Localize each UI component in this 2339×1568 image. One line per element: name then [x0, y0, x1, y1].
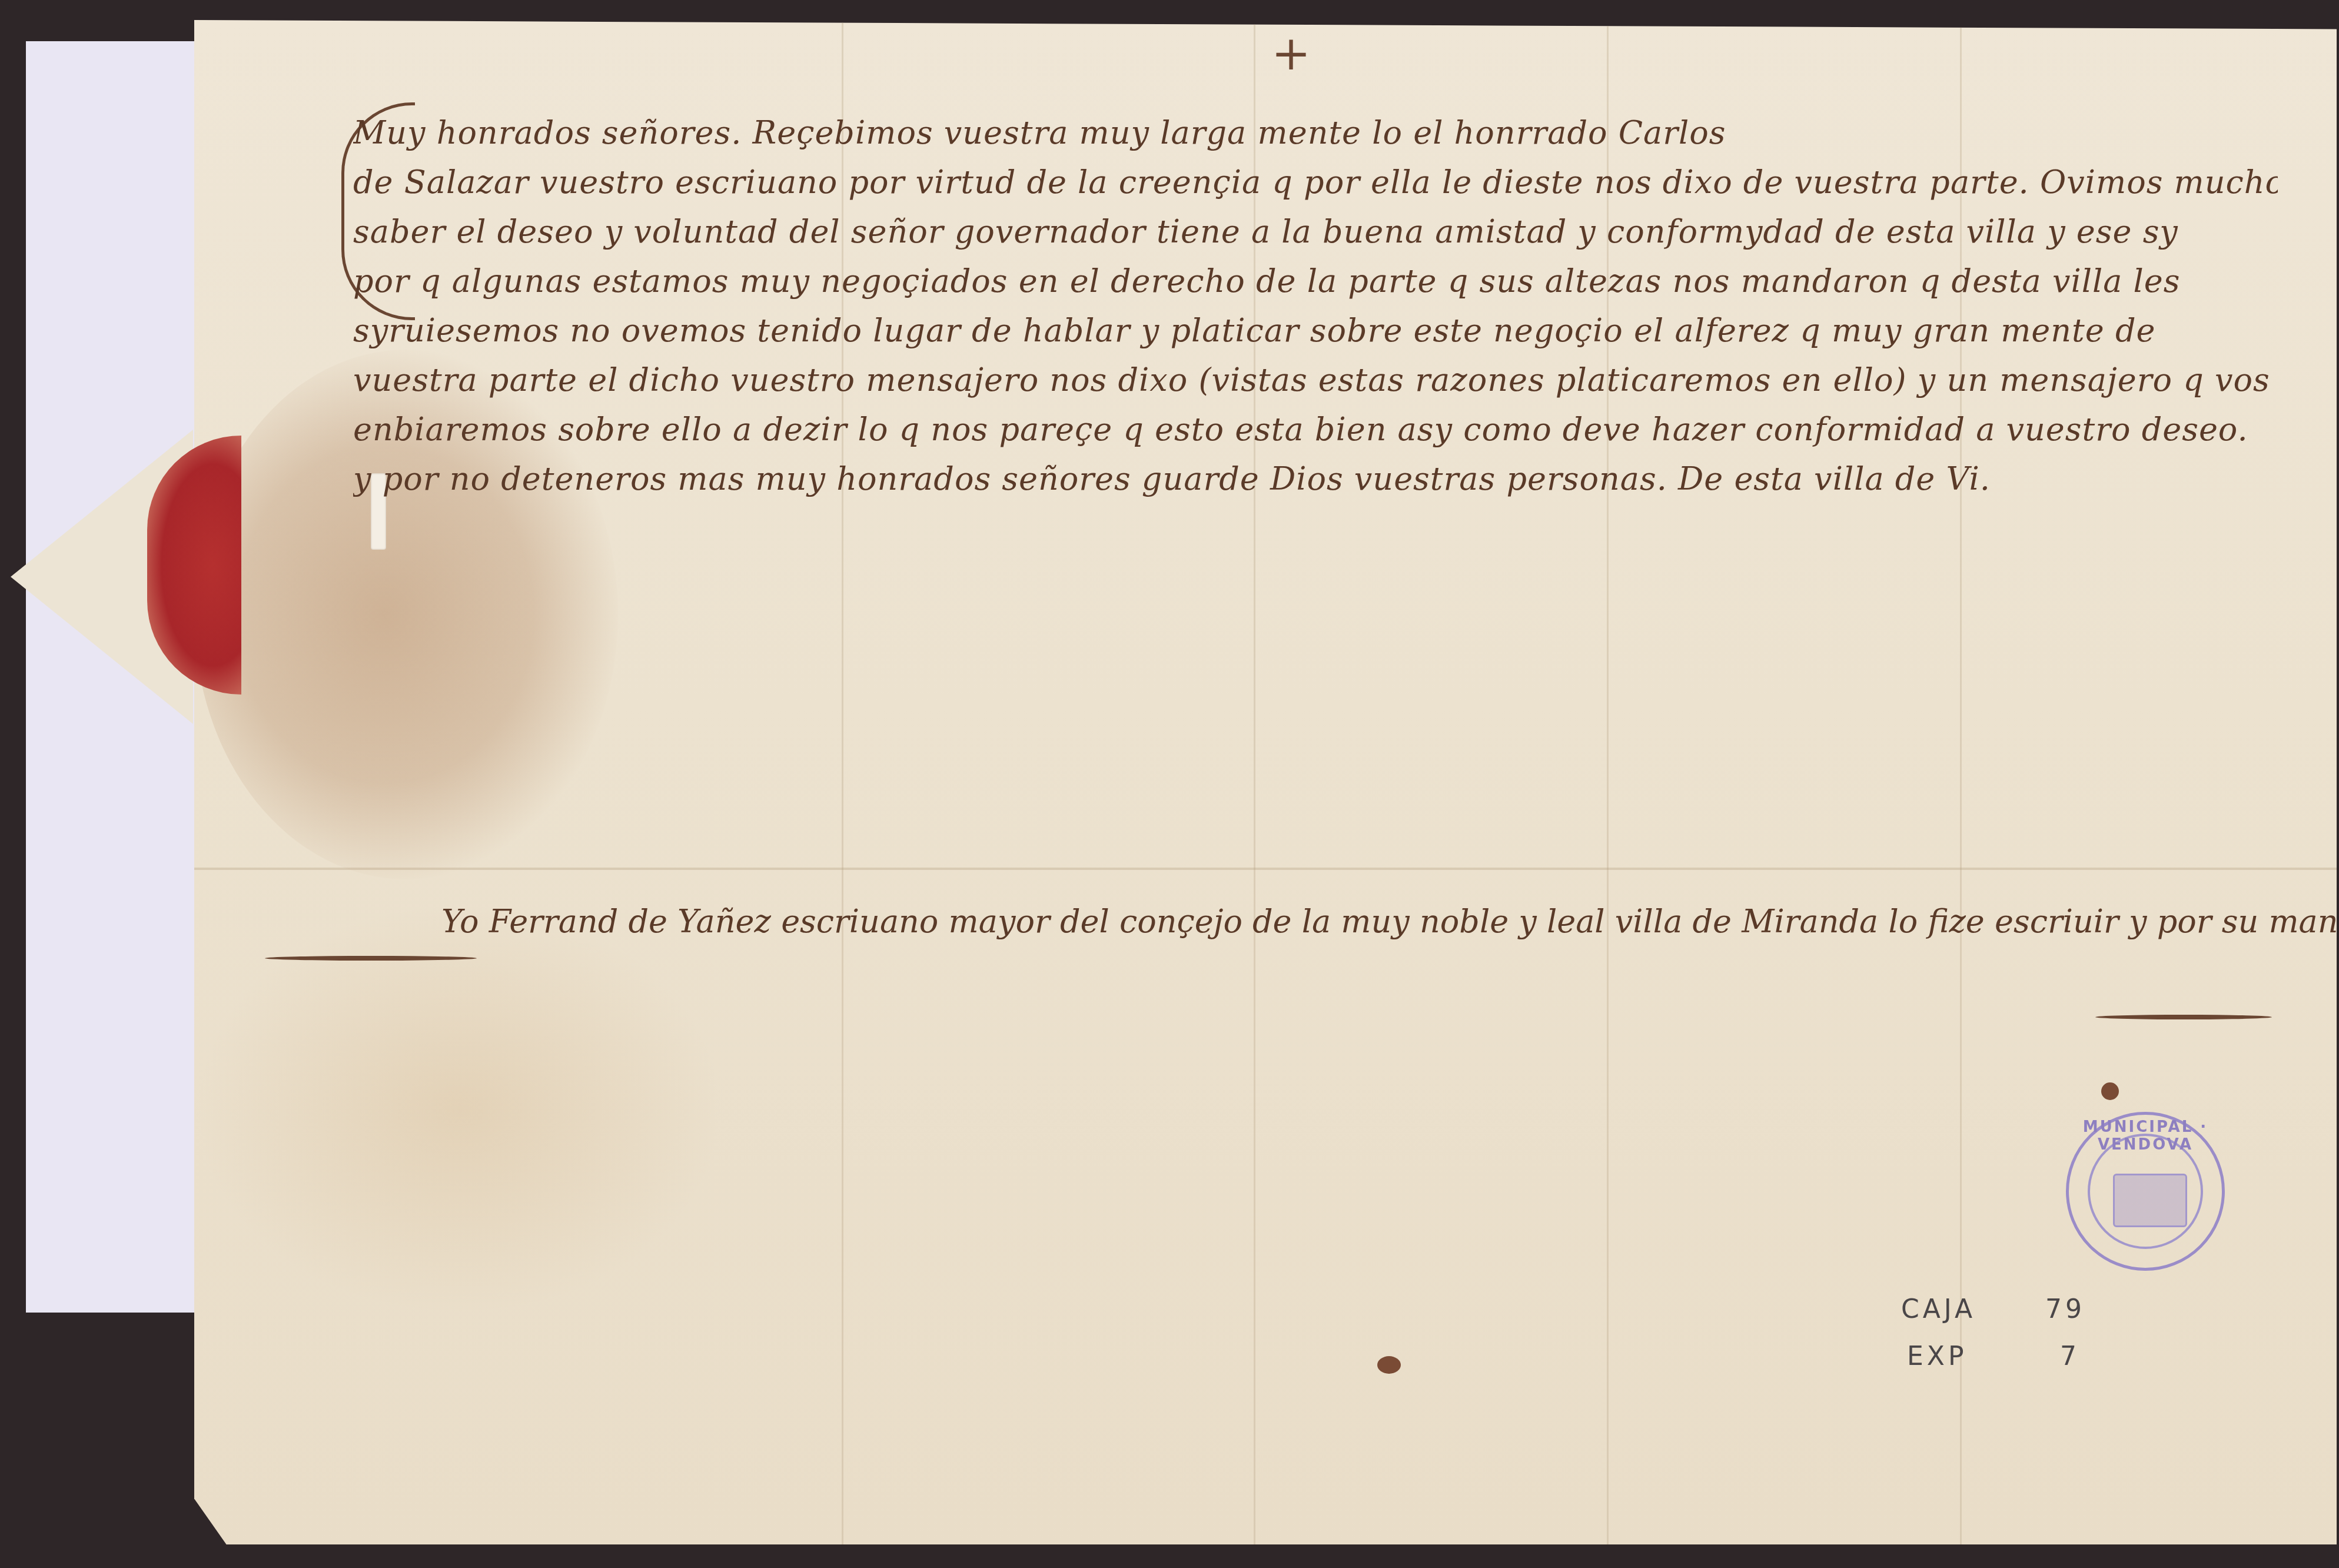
signature-line: Yo Ferrand de Yañez escriuano mayor del … — [441, 903, 2266, 940]
file-label: EXP — [1907, 1341, 1967, 1371]
body-line: y por no deteneros mas muy honrados seño… — [353, 454, 2278, 504]
letter-body: Muy honrados señores. Reçebimos vuestra … — [353, 108, 2278, 504]
water-stain — [194, 903, 724, 1315]
body-line: de Salazar vuestro escriuano por virtud … — [353, 158, 2278, 207]
stamp-coat-of-arms — [2113, 1174, 2187, 1227]
box-label: CAJA — [1901, 1294, 1976, 1324]
body-line: por q algunas estamos muy negoçiados en … — [353, 257, 2278, 306]
signature-flourish — [265, 956, 477, 961]
manuscript-paper: + Muy honrados señores. Reçebimos vuestr… — [194, 20, 2337, 1544]
ink-speck — [1377, 1356, 1401, 1374]
body-line: enbiaremos sobre ello a dezir lo q nos p… — [353, 405, 2278, 454]
file-number: 7 — [2060, 1341, 2080, 1371]
box-number: 79 — [2045, 1294, 2085, 1324]
body-line: syruiesemos no ovemos tenido lugar de ha… — [353, 306, 2278, 356]
body-line: Muy honrados señores. Reçebimos vuestra … — [353, 108, 2278, 158]
signature-flourish — [2095, 1015, 2272, 1019]
body-line: vuestra parte el dicho vuestro mensajero… — [353, 356, 2278, 405]
archive-stamp: MUNICIPAL · VENDOVA — [2066, 1112, 2225, 1271]
stamp-text: MUNICIPAL · VENDOVA — [2069, 1118, 2222, 1154]
header-cross-mark: + — [1271, 26, 1311, 81]
body-line: saber el deseo y voluntad del señor gove… — [353, 207, 2278, 257]
fold-line — [194, 868, 2337, 870]
ink-speck — [2101, 1082, 2119, 1100]
